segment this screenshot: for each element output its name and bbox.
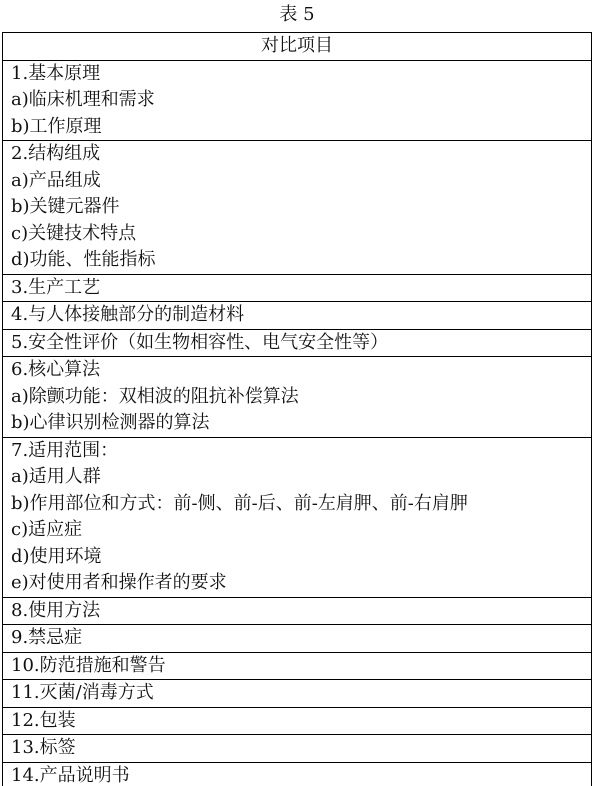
sub-item: a)临床机理和需求 <box>11 87 591 114</box>
table-cell-scope: 7.适用范围： a)适用人群 b)作用部位和方式：前-侧、前-后、前-左肩胛、前… <box>3 437 592 597</box>
item-title: 14.产品说明书 <box>11 763 591 786</box>
table-caption: 表 5 <box>0 4 594 26</box>
table-row: 8.使用方法 <box>3 597 592 625</box>
item-title: 6.核心算法 <box>11 357 591 384</box>
sub-item: b)关键元器件 <box>11 194 591 221</box>
table-cell-instructions: 14.产品说明书 <box>3 762 592 786</box>
table-cell-materials: 4.与人体接触部分的制造材料 <box>3 302 592 330</box>
table-row: 10.防范措施和警告 <box>3 652 592 680</box>
table-cell-labeling: 13.标签 <box>3 735 592 763</box>
sub-item: d)功能、性能指标 <box>11 247 591 274</box>
table-row: 13.标签 <box>3 735 592 763</box>
table-row: 6.核心算法 a)除颤功能：双相波的阻抗补偿算法 b)心律识别检测器的算法 <box>3 357 592 438</box>
table-cell-structure: 2.结构组成 a)产品组成 b)关键元器件 c)关键技术特点 d)功能、性能指标 <box>3 141 592 275</box>
item-title: 3.生产工艺 <box>11 275 591 302</box>
comparison-table: 对比项目 1.基本原理 a)临床机理和需求 b)工作原理 2.结构组成 a)产品… <box>2 32 592 786</box>
table-cell-sterilization: 11.灭菌/消毒方式 <box>3 680 592 708</box>
table-row: 2.结构组成 a)产品组成 b)关键元器件 c)关键技术特点 d)功能、性能指标 <box>3 141 592 275</box>
table-row: 5.安全性评价（如生物相容性、电气安全性等） <box>3 329 592 357</box>
item-title: 11.灭菌/消毒方式 <box>11 680 591 707</box>
sub-item: c)适应症 <box>11 517 591 544</box>
table-row: 3.生产工艺 <box>3 274 592 302</box>
sub-item: b)心律识别检测器的算法 <box>11 410 591 437</box>
table-cell-core-algorithm: 6.核心算法 a)除颤功能：双相波的阻抗补偿算法 b)心律识别检测器的算法 <box>3 357 592 438</box>
item-title: 13.标签 <box>11 735 591 762</box>
item-title: 1.基本原理 <box>11 61 591 88</box>
item-title: 7.适用范围： <box>11 438 591 465</box>
table-cell-usage-method: 8.使用方法 <box>3 597 592 625</box>
table-cell-safety-evaluation: 5.安全性评价（如生物相容性、电气安全性等） <box>3 329 592 357</box>
table-cell-basic-principle: 1.基本原理 a)临床机理和需求 b)工作原理 <box>3 60 592 141</box>
sub-item: c)关键技术特点 <box>11 221 591 248</box>
table-cell-production-process: 3.生产工艺 <box>3 274 592 302</box>
table-cell-contraindications: 9.禁忌症 <box>3 625 592 653</box>
sub-item: b)作用部位和方式：前-侧、前-后、前-左肩胛、前-右肩胛 <box>11 491 591 518</box>
table-cell-precautions: 10.防范措施和警告 <box>3 652 592 680</box>
sub-item: b)工作原理 <box>11 114 591 141</box>
table-row: 7.适用范围： a)适用人群 b)作用部位和方式：前-侧、前-后、前-左肩胛、前… <box>3 437 592 597</box>
table-row: 4.与人体接触部分的制造材料 <box>3 302 592 330</box>
sub-item: a)适用人群 <box>11 464 591 491</box>
item-title: 2.结构组成 <box>11 141 591 168</box>
sub-item: a)产品组成 <box>11 168 591 195</box>
table-row: 12.包装 <box>3 707 592 735</box>
item-title: 8.使用方法 <box>11 598 591 625</box>
table-row: 11.灭菌/消毒方式 <box>3 680 592 708</box>
item-title: 9.禁忌症 <box>11 625 591 652</box>
table-row: 1.基本原理 a)临床机理和需求 b)工作原理 <box>3 60 592 141</box>
table-row: 9.禁忌症 <box>3 625 592 653</box>
sub-item: d)使用环境 <box>11 544 591 571</box>
item-title: 4.与人体接触部分的制造材料 <box>11 302 591 329</box>
sub-item: a)除颤功能：双相波的阻抗补偿算法 <box>11 384 591 411</box>
item-title: 10.防范措施和警告 <box>11 653 591 680</box>
sub-item: e)对使用者和操作者的要求 <box>11 570 591 597</box>
table-header-row: 对比项目 <box>3 33 592 61</box>
item-title: 12.包装 <box>11 708 591 735</box>
column-header-comparison-items: 对比项目 <box>3 33 592 61</box>
item-title: 5.安全性评价（如生物相容性、电气安全性等） <box>11 330 591 357</box>
table-row: 14.产品说明书 <box>3 762 592 786</box>
table-cell-packaging: 12.包装 <box>3 707 592 735</box>
